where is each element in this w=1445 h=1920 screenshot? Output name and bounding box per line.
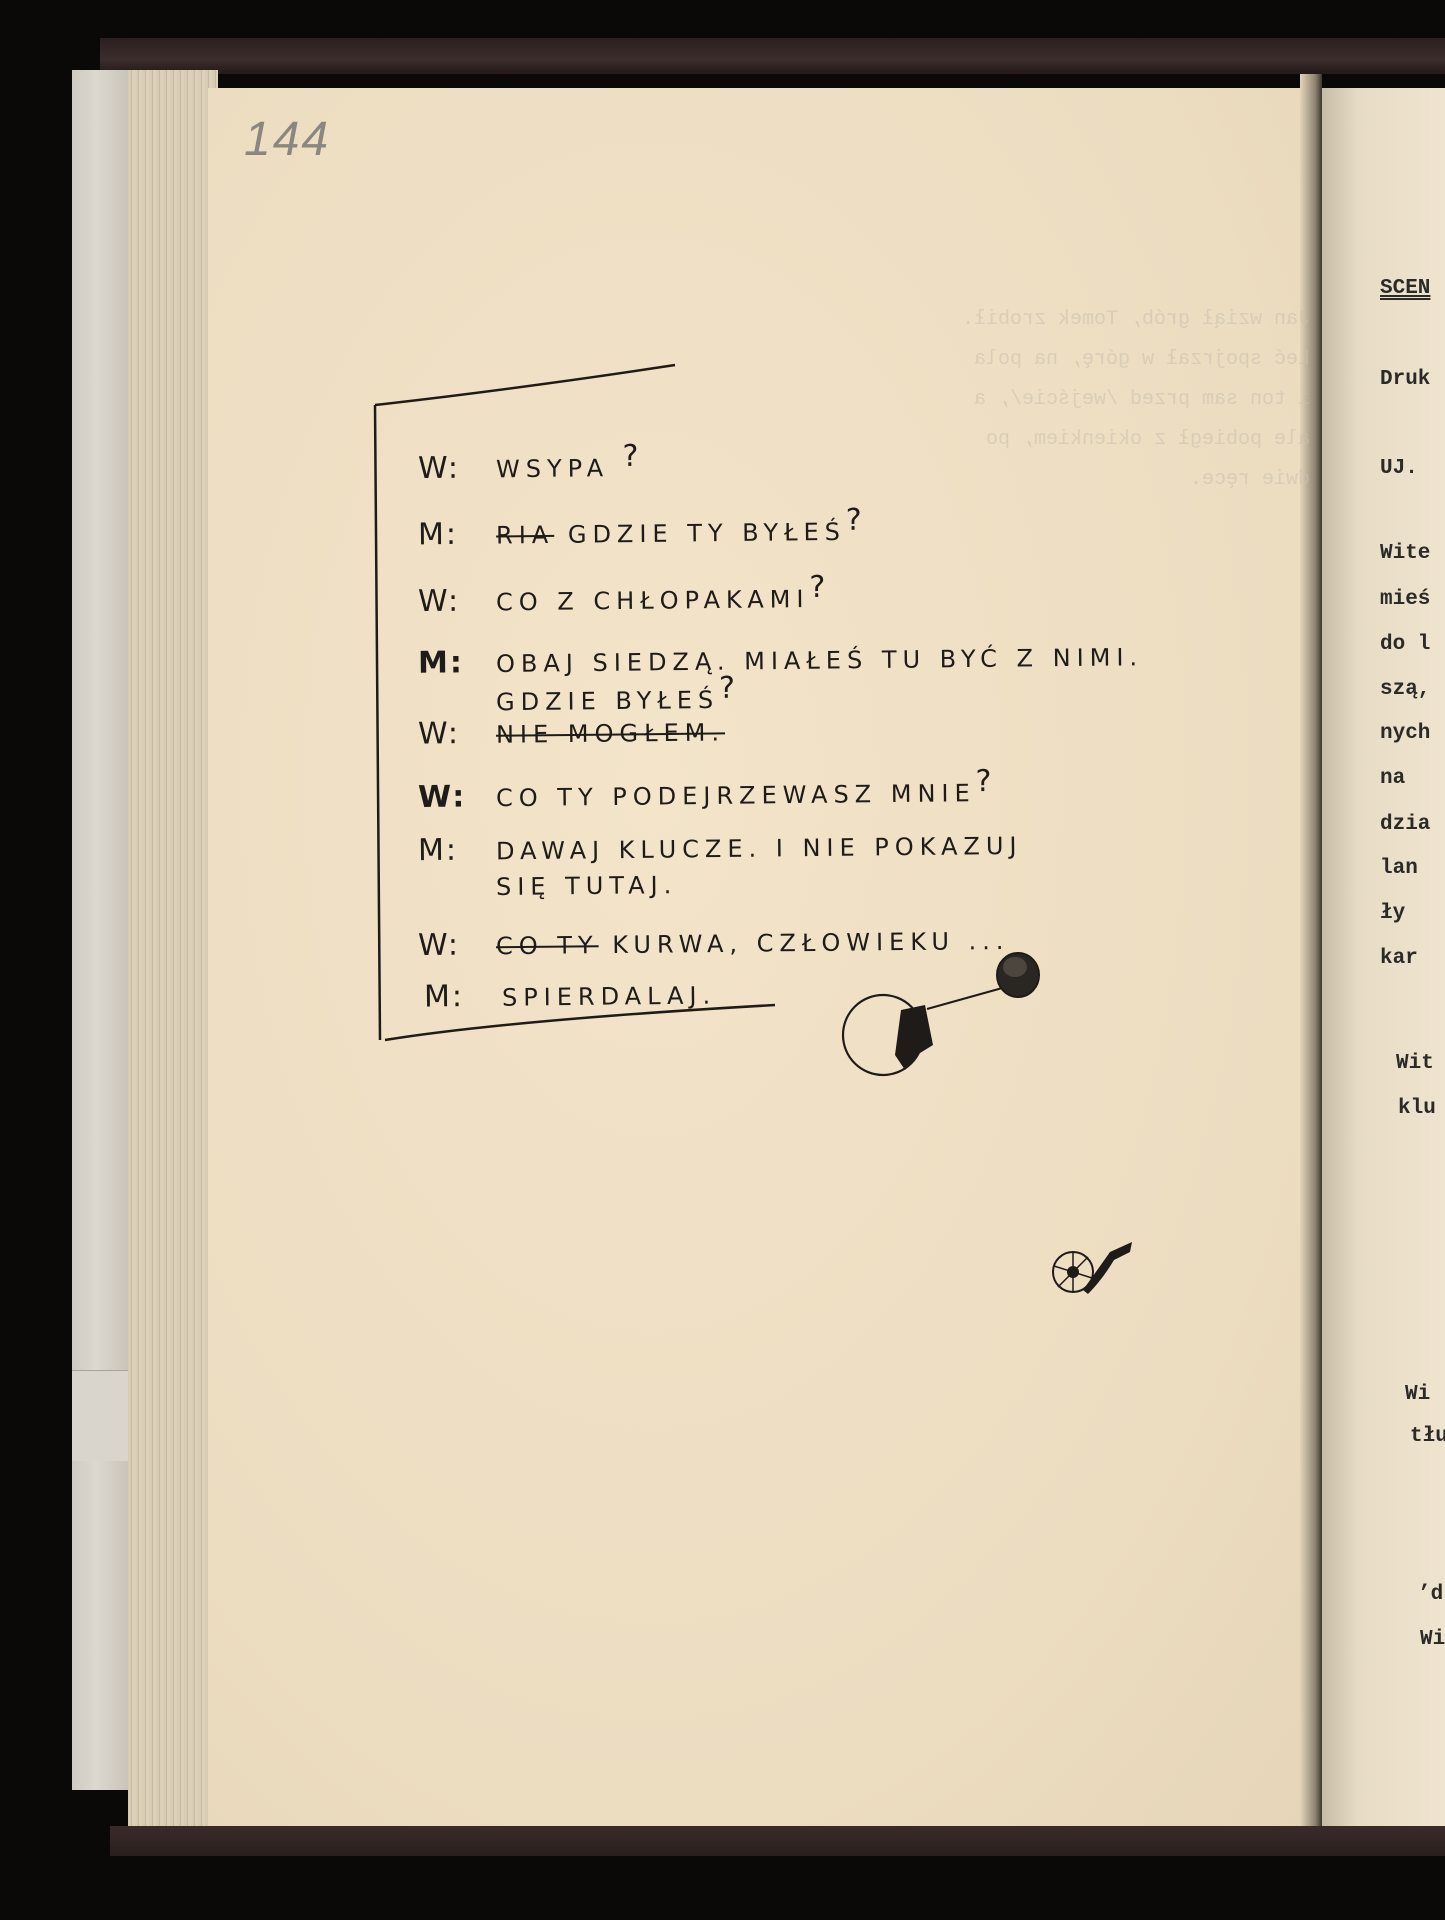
line-text: GDZIE TY BYŁEŚ — [568, 518, 846, 549]
text-line: Wit — [1396, 1052, 1434, 1075]
struck-text: RIA — [496, 521, 554, 550]
line-text: DAWAJ KLUCZE. I NIE POKAZUJ — [496, 832, 1023, 866]
reel-sketch — [1048, 1232, 1138, 1302]
speaker-label: M: — [418, 517, 496, 553]
text-line: na — [1380, 767, 1405, 790]
dialogue-line: W:WSYPA ? — [418, 439, 639, 486]
text-line: tłu — [1410, 1425, 1445, 1448]
speaker-label: M: — [418, 645, 496, 681]
dialogue-line: M:RIA GDZIE TY BYŁEŚ? — [418, 503, 862, 553]
dialogue-line: W:CO Z CHŁOPAKAMI? — [418, 570, 826, 619]
text-line: klu — [1398, 1097, 1436, 1120]
question-mark: ? — [622, 439, 638, 474]
book-cover-top — [100, 38, 1445, 74]
text-line: lan — [1380, 857, 1418, 880]
text-line: Druk — [1380, 368, 1430, 391]
speaker-label: W: — [418, 927, 496, 963]
ghost-line: dwie ręce. — [800, 460, 1310, 500]
struck-text: NIE MOGŁEM. — [496, 718, 725, 748]
page-number: 144 — [244, 112, 330, 167]
speaker-label: W: — [418, 583, 496, 619]
text-line: Wi — [1405, 1383, 1430, 1406]
page-block-edges — [128, 70, 218, 1830]
text-line: Wite — [1380, 542, 1430, 565]
question-mark: ? — [846, 503, 862, 538]
question-mark: ? — [809, 570, 825, 605]
ghost-line: Jan wziął grób, Tomek zrobił. — [800, 300, 1310, 340]
speaker-label: M: — [418, 832, 496, 868]
text-line: Wi — [1420, 1628, 1445, 1651]
text-line: mieś — [1380, 588, 1430, 611]
text-line: nych — [1380, 722, 1430, 745]
show-through-text: Jan wziął grób, Tomek zrobił. Leć spojrz… — [800, 300, 1310, 500]
struck-text: CO TY — [496, 931, 599, 960]
speaker-label: W: — [418, 779, 496, 815]
text-line: do l — [1380, 633, 1430, 656]
line-text: SIĘ TUTAJ. — [496, 871, 678, 901]
text-line: dzia — [1380, 813, 1430, 836]
dialogue-line: W:NIE MOGŁEM. — [418, 713, 725, 751]
line-text: CO TY PODEJRZEWASZ MNIE — [496, 779, 976, 812]
question-mark: ? — [719, 671, 735, 706]
dialogue-line: M:DAWAJ KLUCZE. I NIE POKAZUJ — [418, 827, 1023, 868]
dialogue-line: M:SPIERDALAJ. — [424, 976, 717, 1014]
text-line: kar — [1380, 947, 1418, 970]
book-cover-bottom — [110, 1826, 1445, 1856]
dialogue-line: GDZIE BYŁEŚ? — [496, 671, 735, 717]
text-line: ’d — [1418, 1583, 1443, 1606]
text-line: szą, — [1380, 678, 1430, 701]
dialogue-line: W:CO TY PODEJRZEWASZ MNIE? — [418, 764, 992, 815]
text-line: ły — [1380, 902, 1405, 925]
line-text: CO Z CHŁOPAKAMI — [496, 585, 810, 616]
speaker-label: W: — [418, 450, 496, 486]
text-line: UJ. — [1380, 457, 1418, 480]
line-text: SPIERDALAJ. — [502, 981, 716, 1011]
dialogue-line: SIĘ TUTAJ. — [496, 871, 678, 901]
line-text: GDZIE BYŁEŚ — [496, 686, 719, 716]
speaker-label: M: — [424, 979, 502, 1015]
ghost-line: ale pobiegł z okienkiem, po — [800, 420, 1310, 460]
scene-heading: SCEN — [1380, 277, 1430, 300]
ghost-line: i ton sam przed /wejście/, a — [800, 380, 1310, 420]
speaker-label: W: — [418, 716, 496, 752]
key-on-ring-sketch — [835, 945, 1045, 1080]
line-text: WSYPA — [496, 454, 609, 483]
ghost-line: Leć spojrzał w górę, na pola — [800, 340, 1310, 380]
question-mark: ? — [975, 764, 991, 799]
index-tab-strip — [72, 70, 132, 1790]
